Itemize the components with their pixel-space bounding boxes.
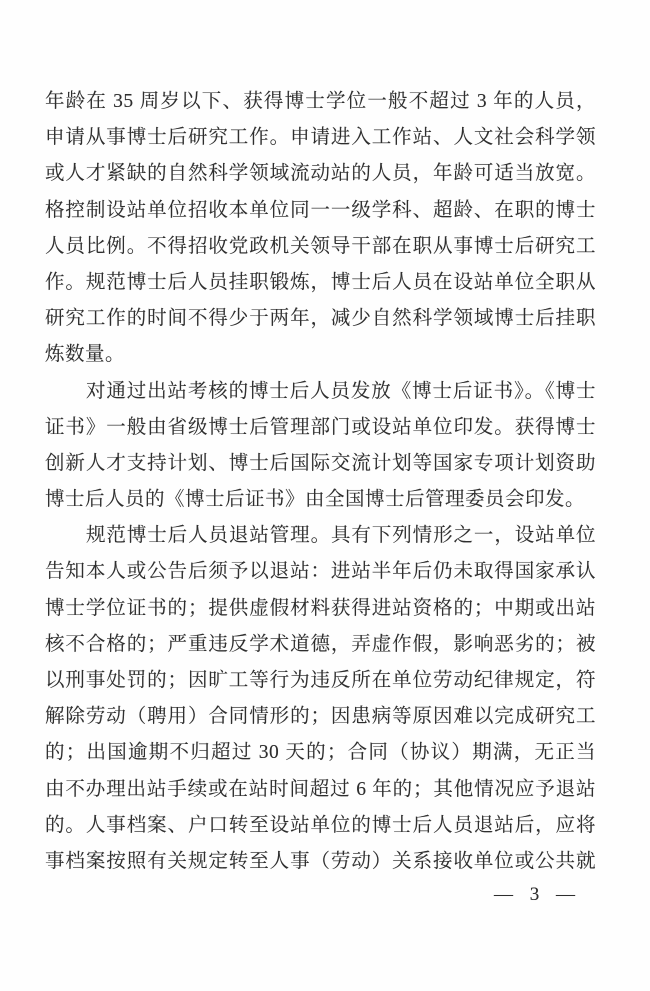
text-line: 以刑事处罚的；因旷工等行为违反所在单位劳动纪律规定，符合 [45, 663, 596, 699]
text-line: 创新人才支持计划、博士后国际交流计划等国家专项计划资助的 [45, 446, 596, 482]
text-line: 事档案按照有关规定转至人事（劳动）关系接收单位或公共就业 [45, 844, 596, 880]
text-line: 研究工作的时间不得少于两年，减少自然科学领域博士后挂职锻 [45, 301, 596, 337]
text-line: 年龄在 35 周岁以下、获得博士学位一般不超过 3 年的人员，可 [45, 84, 596, 120]
text-line: 申请从事博士后研究工作。申请进入工作站、人文社会科学领域 [45, 120, 596, 156]
page-number: — 3 — [494, 884, 574, 906]
document-body: 年龄在 35 周岁以下、获得博士学位一般不超过 3 年的人员，可 申请从事博士后… [45, 84, 596, 880]
text-line: 核不合格的；严重违反学术道德，弄虚作假，影响恶劣的；被处 [45, 627, 596, 663]
text-line: 作。规范博士后人员挂职锻炼，博士后人员在设站单位全职从事 [45, 265, 596, 301]
text-line: 博士后人员的《博士后证书》由全国博士后管理委员会印发。 [45, 482, 596, 518]
document-page: 年龄在 35 周岁以下、获得博士学位一般不超过 3 年的人员，可 申请从事博士后… [0, 0, 650, 991]
text-line: 格控制设站单位招收本单位同一一级学科、超龄、在职的博士后 [45, 193, 596, 229]
text-line: 由不办理出站手续或在站时间超过 6 年的；其他情况应予退站 [45, 772, 596, 808]
text-line: 告知本人或公告后须予以退站：进站半年后仍未取得国家承认的 [45, 554, 596, 590]
text-line: 规范博士后人员退站管理。具有下列情形之一，设站单位在 [45, 518, 596, 554]
text-line: 人员比例。不得招收党政机关领导干部在职从事博士后研究工 [45, 229, 596, 265]
text-line: 的。人事档案、户口转至设站单位的博士后人员退站后，应将人 [45, 808, 596, 844]
text-line: 炼数量。 [45, 337, 596, 373]
text-line: 或人才紧缺的自然科学领域流动站的人员，年龄可适当放宽。严 [45, 156, 596, 192]
text-line: 解除劳动（聘用）合同情形的；因患病等原因难以完成研究工作 [45, 699, 596, 735]
text-line: 的；出国逾期不归超过 30 天的；合同（协议）期满，无正当理 [45, 735, 596, 771]
text-line: 对通过出站考核的博士后人员发放《博士后证书》。《博士后 [45, 374, 596, 410]
text-line: 证书》一般由省级博士后管理部门或设站单位印发。获得博士后 [45, 410, 596, 446]
text-line: 博士学位证书的；提供虚假材料获得进站资格的；中期或出站考 [45, 591, 596, 627]
